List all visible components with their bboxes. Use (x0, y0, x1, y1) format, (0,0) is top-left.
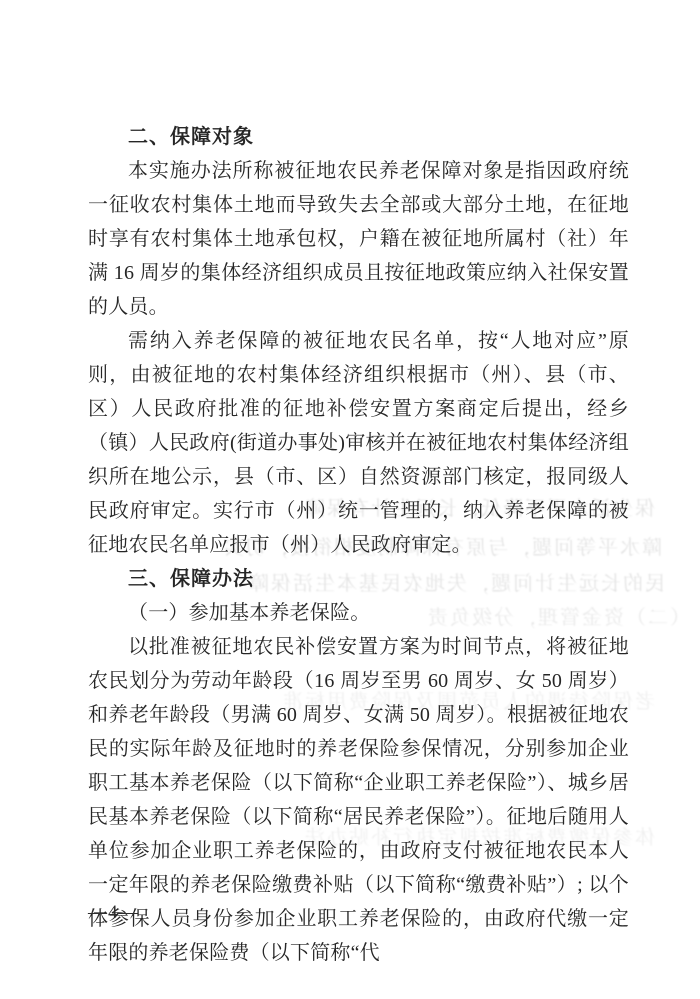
section-heading-protection-measures: 三、保障办法 (88, 562, 629, 596)
document-page: 保生活水平不降低，长远生计有保障 障水平等问题，与原有保障制度相衔接，切实 民的… (0, 0, 700, 999)
paragraph-name-list-procedure: 需纳入养老保障的被征地农民名单，按“人地对应”原则，由被征地的农村集体经济组织根… (88, 324, 629, 562)
section-heading-protection-targets: 二、保障对象 (88, 120, 629, 154)
paragraph-pension-insurance-details: 以批准被征地农民补偿安置方案为时间节点，将被征地农民划分为劳动年龄段（16 周岁… (88, 630, 629, 970)
paragraph-protection-target-definition: 本实施办法所称被征地农民养老保障对象是指因政府统一征收农村集体土地而导致失去全部… (88, 154, 629, 324)
page-number: —4— (88, 900, 139, 926)
subsection-heading-basic-pension-insurance: （一）参加基本养老保险。 (88, 596, 629, 630)
document-body: 二、保障对象 本实施办法所称被征地农民养老保障对象是指因政府统一征收农村集体土地… (88, 120, 629, 970)
